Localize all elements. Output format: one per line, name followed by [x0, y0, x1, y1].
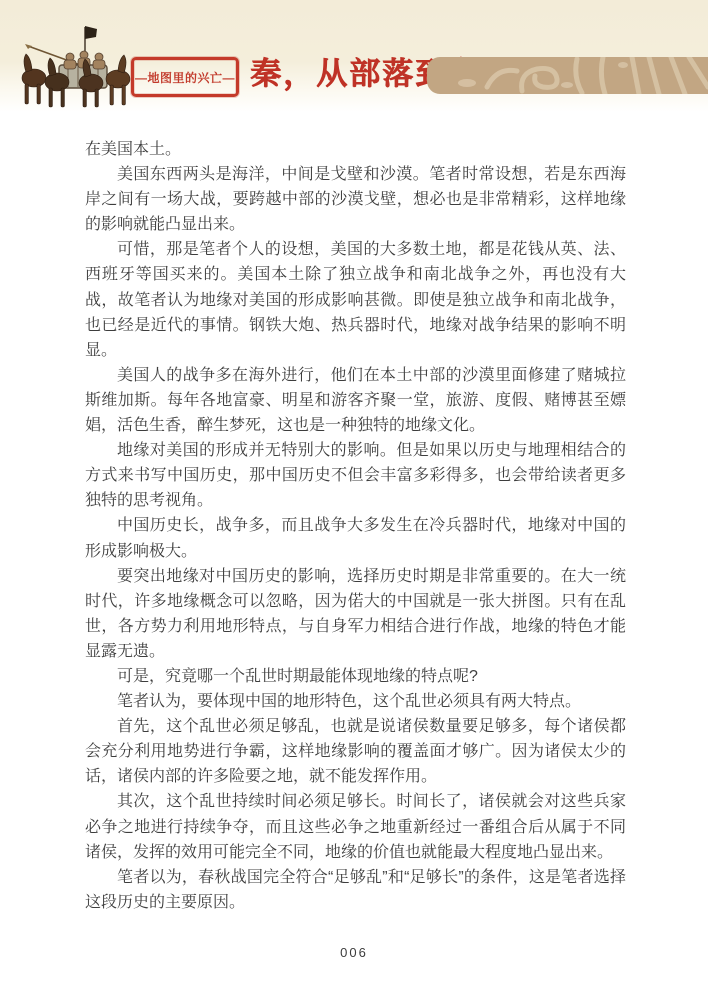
- paragraph: 笔者认为，要体现中国的地形特色，这个乱世必须具有两大特点。: [85, 689, 626, 714]
- page-header: —地图里的兴亡— 秦，从部落到帝国: [0, 0, 708, 112]
- paragraph: 在美国本土。: [85, 137, 626, 162]
- book-page: —地图里的兴亡— 秦，从部落到帝国: [0, 0, 708, 1000]
- paragraph: 美国东西两头是海洋，中间是戈壁和沙漠。笔者时常设想，若是东西海岸之间有一场大战，…: [85, 162, 626, 237]
- qin-bronze-chariot-illustration: [12, 22, 136, 108]
- paragraph: 笔者以为，春秋战国完全符合“足够乱”和“足够长”的条件，这是笔者选择这段历史的主…: [85, 865, 626, 915]
- paragraph: 可惜，那是笔者个人的设想，美国的大多数土地，都是花钱从英、法、西班牙等国买来的。…: [85, 237, 626, 362]
- page-footer: 006: [0, 944, 708, 962]
- paragraph: 首先，这个乱世必须足够乱，也就是说诸侯数量要足够多，每个诸侯都会充分利用地势进行…: [85, 714, 626, 789]
- paragraph: 美国人的战争多在海外进行，他们在本土中部的沙漠里面修建了赌城拉斯维加斯。每年各地…: [85, 363, 626, 438]
- paragraph: 中国历史长，战争多，而且战争大多发生在冷兵器时代，地缘对中国的形成影响极大。: [85, 513, 626, 563]
- decorative-wood-grain-band: [427, 57, 708, 94]
- wood-grain-pattern: [427, 57, 708, 94]
- paragraph: 地缘对美国的形成并无特别大的影响。但是如果以历史与地理相结合的方式来书写中国历史…: [85, 438, 626, 513]
- paragraph: 其次，这个乱世持续时间必须足够长。时间长了，诸侯就会对这些兵家必争之地进行持续争…: [85, 789, 626, 864]
- series-stamp: —地图里的兴亡—: [131, 57, 239, 97]
- series-stamp-label: —地图里的兴亡—: [135, 69, 235, 86]
- page-number: 006: [340, 945, 368, 960]
- article-body: 在美国本土。 美国东西两头是海洋，中间是戈壁和沙漠。笔者时常设想，若是东西海岸之…: [85, 137, 626, 915]
- paragraph: 可是，究竟哪一个乱世时期最能体现地缘的特点呢?: [85, 664, 626, 689]
- paragraph: 要突出地缘对中国历史的影响，选择历史时期是非常重要的。在大一统时代，许多地缘概念…: [85, 564, 626, 664]
